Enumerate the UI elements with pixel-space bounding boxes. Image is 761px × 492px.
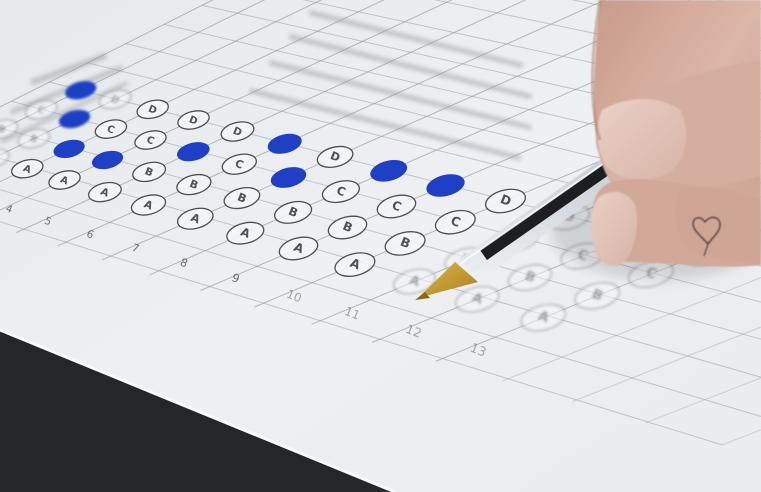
hand: [591, 0, 761, 267]
answer-sheet-photo: ABCABDACD4ACD5ABD6ABC7ABD8ABC9ABC10ABCD1…: [0, 0, 761, 492]
fingernail: [597, 99, 686, 180]
